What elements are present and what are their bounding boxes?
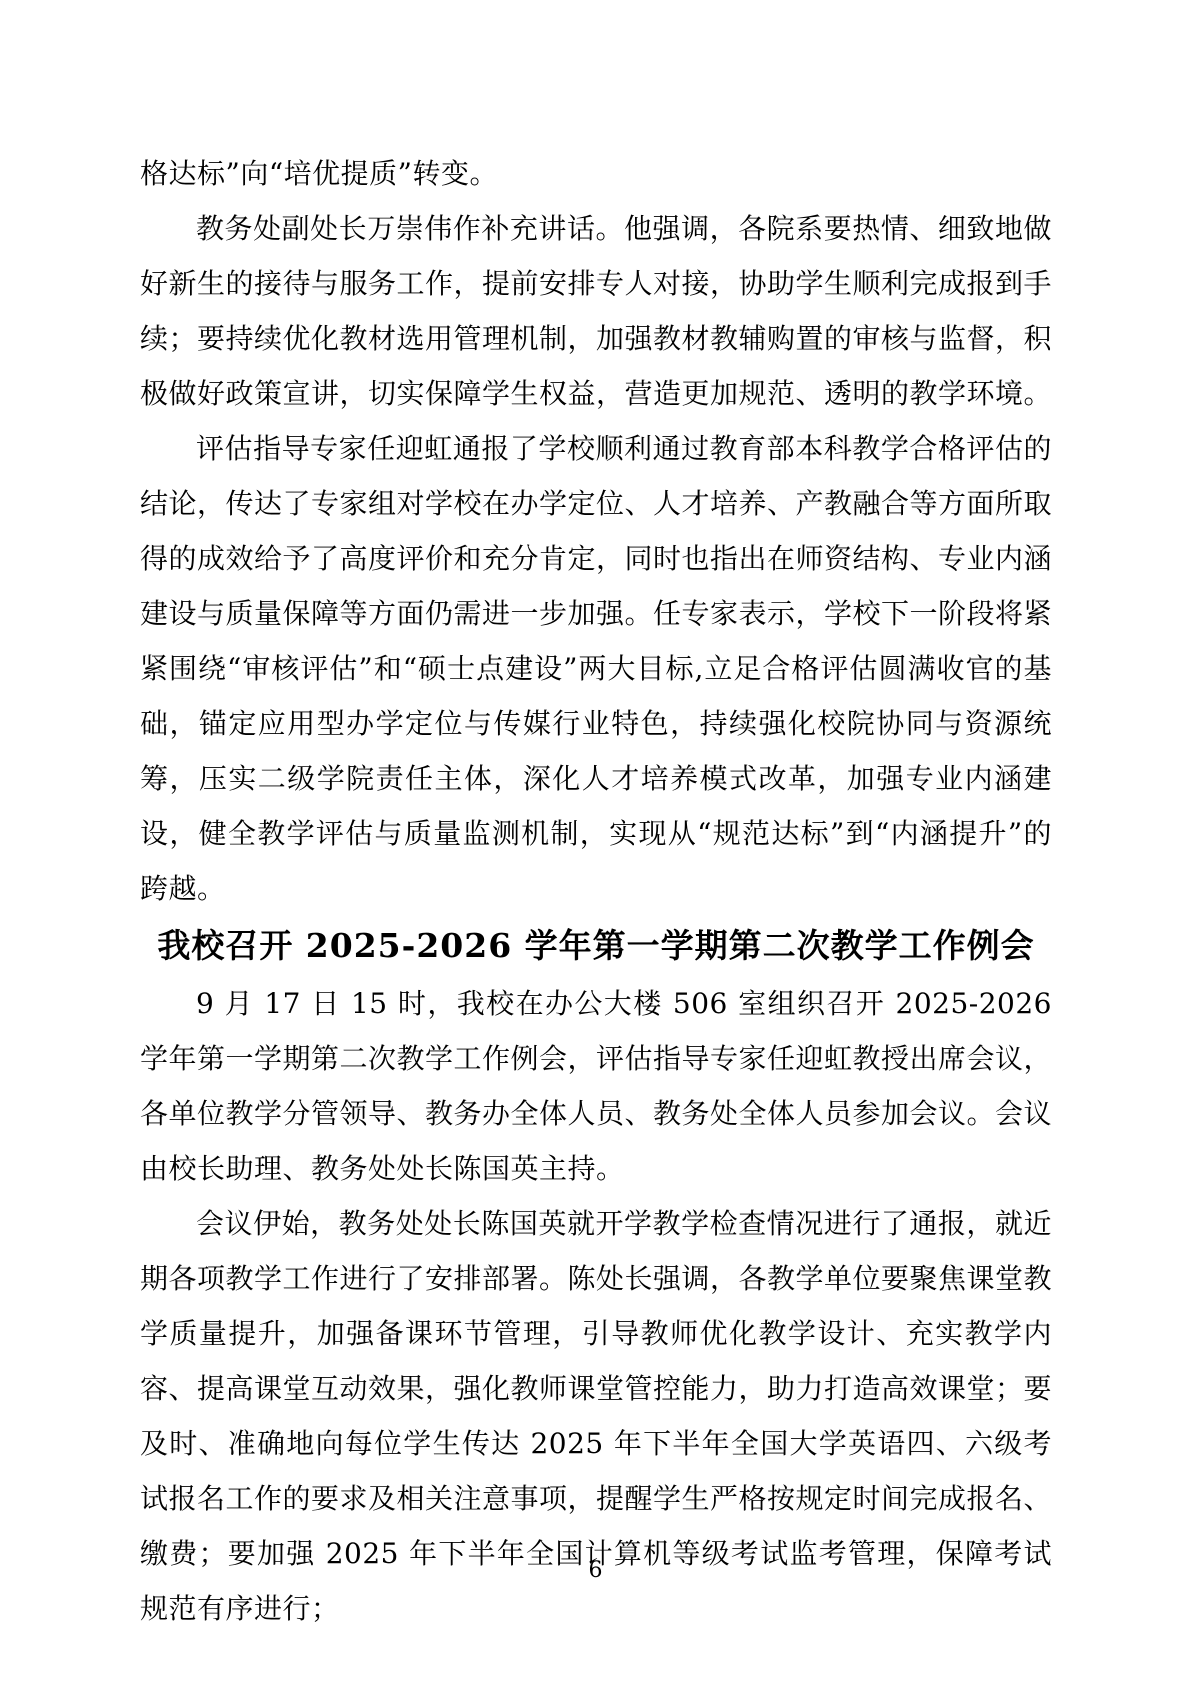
paragraph-expert-briefing: 评估指导专家任迎虹通报了学校顺利通过教育部本科教学合格评估的结论，传达了专家组对…: [140, 421, 1052, 916]
paragraph-continuation: 格达标”向“培优提质”转变。: [140, 146, 1052, 201]
page-number: 6: [589, 1558, 603, 1583]
paragraph-deputy-director-speech: 教务处副处长万崇伟作补充讲话。他强调，各院系要热情、细致地做好新生的接待与服务工…: [140, 201, 1052, 421]
section-heading: 我校召开 2025-2026 学年第一学期第二次教学工作例会: [140, 916, 1052, 976]
document-page: 格达标”向“培优提质”转变。 教务处副处长万崇伟作补充讲话。他强调，各院系要热情…: [0, 0, 1191, 1684]
document-body: 格达标”向“培优提质”转变。 教务处副处长万崇伟作补充讲话。他强调，各院系要热情…: [140, 146, 1052, 1636]
page-footer: 6: [0, 1558, 1191, 1583]
paragraph-meeting-intro: 9 月 17 日 15 时，我校在办公大楼 506 室组织召开 2025-202…: [140, 976, 1052, 1196]
